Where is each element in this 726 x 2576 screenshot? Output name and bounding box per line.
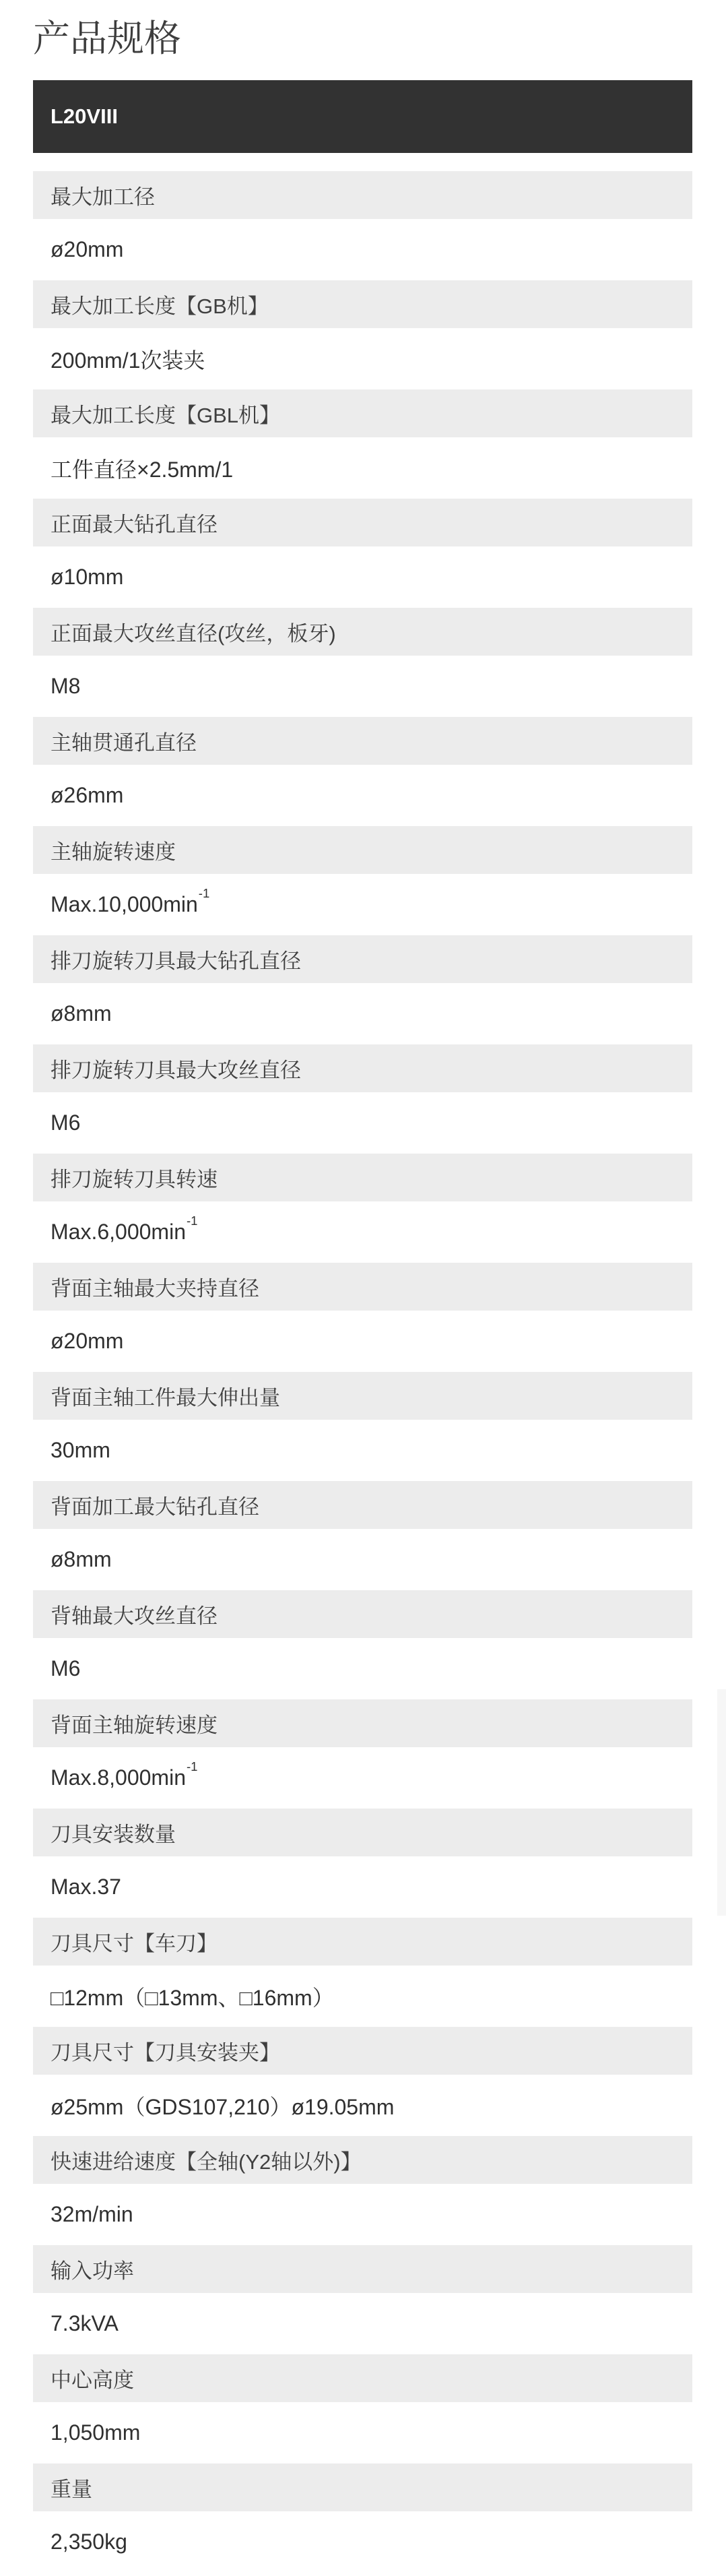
spec-label: 快速进给速度【全轴(Y2轴以外)】 xyxy=(33,2136,692,2184)
spec-value: ø20mm xyxy=(33,1311,692,1372)
spec-value-text: Max.6,000min-1 xyxy=(51,1220,197,1245)
spec-value: 1,050mm xyxy=(33,2402,692,2463)
spec-value: 200mm/1次装夹 xyxy=(33,328,692,389)
spec-value: M6 xyxy=(33,1092,692,1154)
spec-list: 最大加工径ø20mm最大加工长度【GB机】200mm/1次装夹最大加工长度【GB… xyxy=(33,171,692,2573)
spec-value: ø26mm xyxy=(33,765,692,826)
spec-value-text: Max.37 xyxy=(51,1875,121,1899)
spec-value-text: ø26mm xyxy=(51,783,123,808)
spec-label: 排刀旋转刀具最大钻孔直径 xyxy=(33,935,692,983)
spec-value: Max.37 xyxy=(33,1856,692,1918)
spec-label: 刀具尺寸【车刀】 xyxy=(33,1918,692,1966)
spec-label: 背面主轴工件最大伸出量 xyxy=(33,1372,692,1420)
spec-value-text: ø25mm（GDS107,210）ø19.05mm xyxy=(51,2090,394,2121)
spec-label: 背面主轴旋转速度 xyxy=(33,1699,692,1747)
spec-value-text: M6 xyxy=(51,1656,80,1681)
spec-label: 主轴旋转速度 xyxy=(33,826,692,874)
spec-value: ø25mm（GDS107,210）ø19.05mm xyxy=(33,2075,692,2136)
spec-label: 中心高度 xyxy=(33,2354,692,2402)
model-header-label: L20VIII xyxy=(51,104,118,129)
spec-label: 最大加工长度【GBL机】 xyxy=(33,389,692,437)
spec-value: 32m/min xyxy=(33,2184,692,2245)
spec-value-text: 32m/min xyxy=(51,2202,133,2227)
spec-label: 正面最大钻孔直径 xyxy=(33,499,692,546)
spec-value: Max.8,000min-1 xyxy=(33,1747,692,1809)
spec-label: 刀具尺寸【刀具安装夹】 xyxy=(33,2027,692,2075)
spec-value: ø8mm xyxy=(33,1529,692,1590)
scrollbar-thumb[interactable] xyxy=(717,1689,726,1916)
spec-value: 30mm xyxy=(33,1420,692,1481)
spec-value-text: ø8mm xyxy=(51,1547,112,1572)
spec-value-text: M8 xyxy=(51,674,80,699)
spec-value-text: M6 xyxy=(51,1110,80,1135)
spec-label: 最大加工长度【GB机】 xyxy=(33,280,692,328)
spec-value-text: ø20mm xyxy=(51,237,123,262)
spec-value: ø20mm xyxy=(33,219,692,280)
model-header: L20VIII xyxy=(33,80,692,153)
spec-label: 排刀旋转刀具转速 xyxy=(33,1154,692,1201)
spec-value-text: 200mm/1次装夹 xyxy=(51,344,205,375)
spec-value-text: 30mm xyxy=(51,1438,110,1463)
spec-label: 背轴最大攻丝直径 xyxy=(33,1590,692,1638)
spec-value-text: ø8mm xyxy=(51,1001,112,1026)
spec-value-superscript: -1 xyxy=(199,886,210,900)
spec-value: 7.3kVA xyxy=(33,2293,692,2354)
spec-label: 背面加工最大钻孔直径 xyxy=(33,1481,692,1529)
spec-label: 正面最大攻丝直径(攻丝，板牙) xyxy=(33,608,692,656)
spec-value: Max.6,000min-1 xyxy=(33,1201,692,1263)
spec-value-text: 工件直径×2.5mm/1 xyxy=(51,453,233,484)
spec-value-text: Max.10,000min-1 xyxy=(51,892,209,917)
spec-label: 主轴贯通孔直径 xyxy=(33,717,692,765)
spec-value-text: 2,350kg xyxy=(51,2530,127,2554)
spec-label: 刀具安装数量 xyxy=(33,1809,692,1856)
spec-value-superscript: -1 xyxy=(187,1759,198,1773)
spec-value: M6 xyxy=(33,1638,692,1699)
spec-label: 输入功率 xyxy=(33,2245,692,2293)
page-title: 产品规格 xyxy=(0,0,726,60)
spec-value: 工件直径×2.5mm/1 xyxy=(33,437,692,499)
spec-label: 背面主轴最大夹持直径 xyxy=(33,1263,692,1311)
spec-value: □12mm（□13mm、□16mm） xyxy=(33,1966,692,2027)
spec-value: M8 xyxy=(33,656,692,717)
spec-value: ø8mm xyxy=(33,983,692,1044)
spec-value-text: ø10mm xyxy=(51,565,123,590)
spec-value: Max.10,000min-1 xyxy=(33,874,692,935)
spec-value-text: Max.8,000min-1 xyxy=(51,1765,197,1790)
spec-value-superscript: -1 xyxy=(187,1214,198,1228)
spec-value: ø10mm xyxy=(33,546,692,608)
spec-label: 最大加工径 xyxy=(33,171,692,219)
spec-value-text: □12mm（□13mm、□16mm） xyxy=(51,1981,334,2012)
spec-value-text: ø20mm xyxy=(51,1329,123,1354)
spec-label: 重量 xyxy=(33,2463,692,2511)
spec-value-text: 1,050mm xyxy=(51,2420,140,2445)
spec-value-text: 7.3kVA xyxy=(51,2311,119,2336)
spec-label: 排刀旋转刀具最大攻丝直径 xyxy=(33,1044,692,1092)
spec-value: 2,350kg xyxy=(33,2511,692,2573)
